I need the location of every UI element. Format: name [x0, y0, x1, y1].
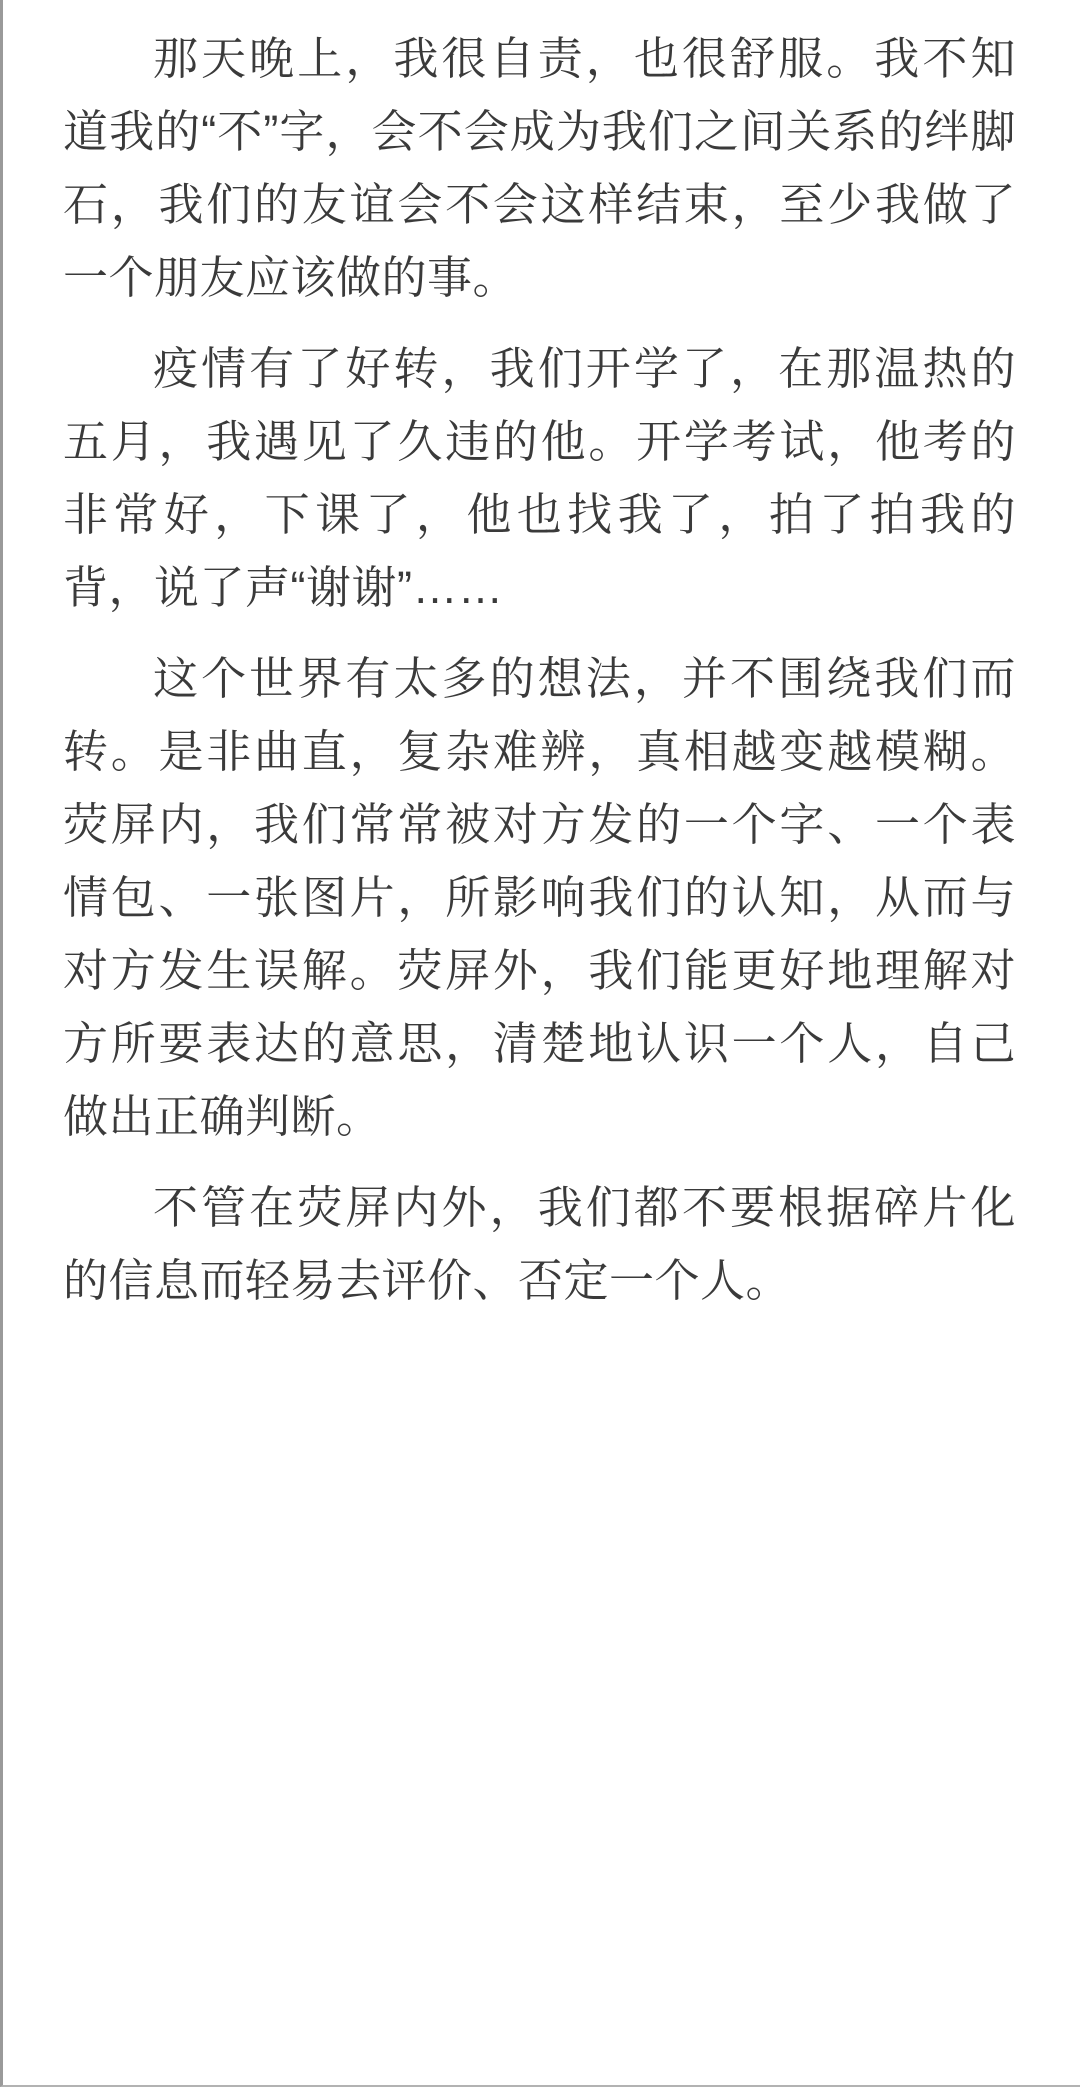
- document-page: 那天晚上，我很自责，也很舒服。我不知道我的“不”字，会不会成为我们之间关系的绊脚…: [0, 0, 1080, 2087]
- paragraph: 不管在荧屏内外，我们都不要根据碎片化的信息而轻易去评价、否定一个人。: [63, 1171, 1016, 1317]
- paragraph: 疫情有了好转，我们开学了，在那温热的五月，我遇见了久违的他。开学考试，他考的非常…: [63, 332, 1016, 624]
- essay-body: 那天晚上，我很自责，也很舒服。我不知道我的“不”字，会不会成为我们之间关系的绊脚…: [3, 0, 1080, 1317]
- paragraph: 那天晚上，我很自责，也很舒服。我不知道我的“不”字，会不会成为我们之间关系的绊脚…: [63, 22, 1016, 314]
- paragraph: 这个世界有太多的想法，并不围绕我们而转。是非曲直，复杂难辨，真相越变越模糊。荧屏…: [63, 642, 1016, 1153]
